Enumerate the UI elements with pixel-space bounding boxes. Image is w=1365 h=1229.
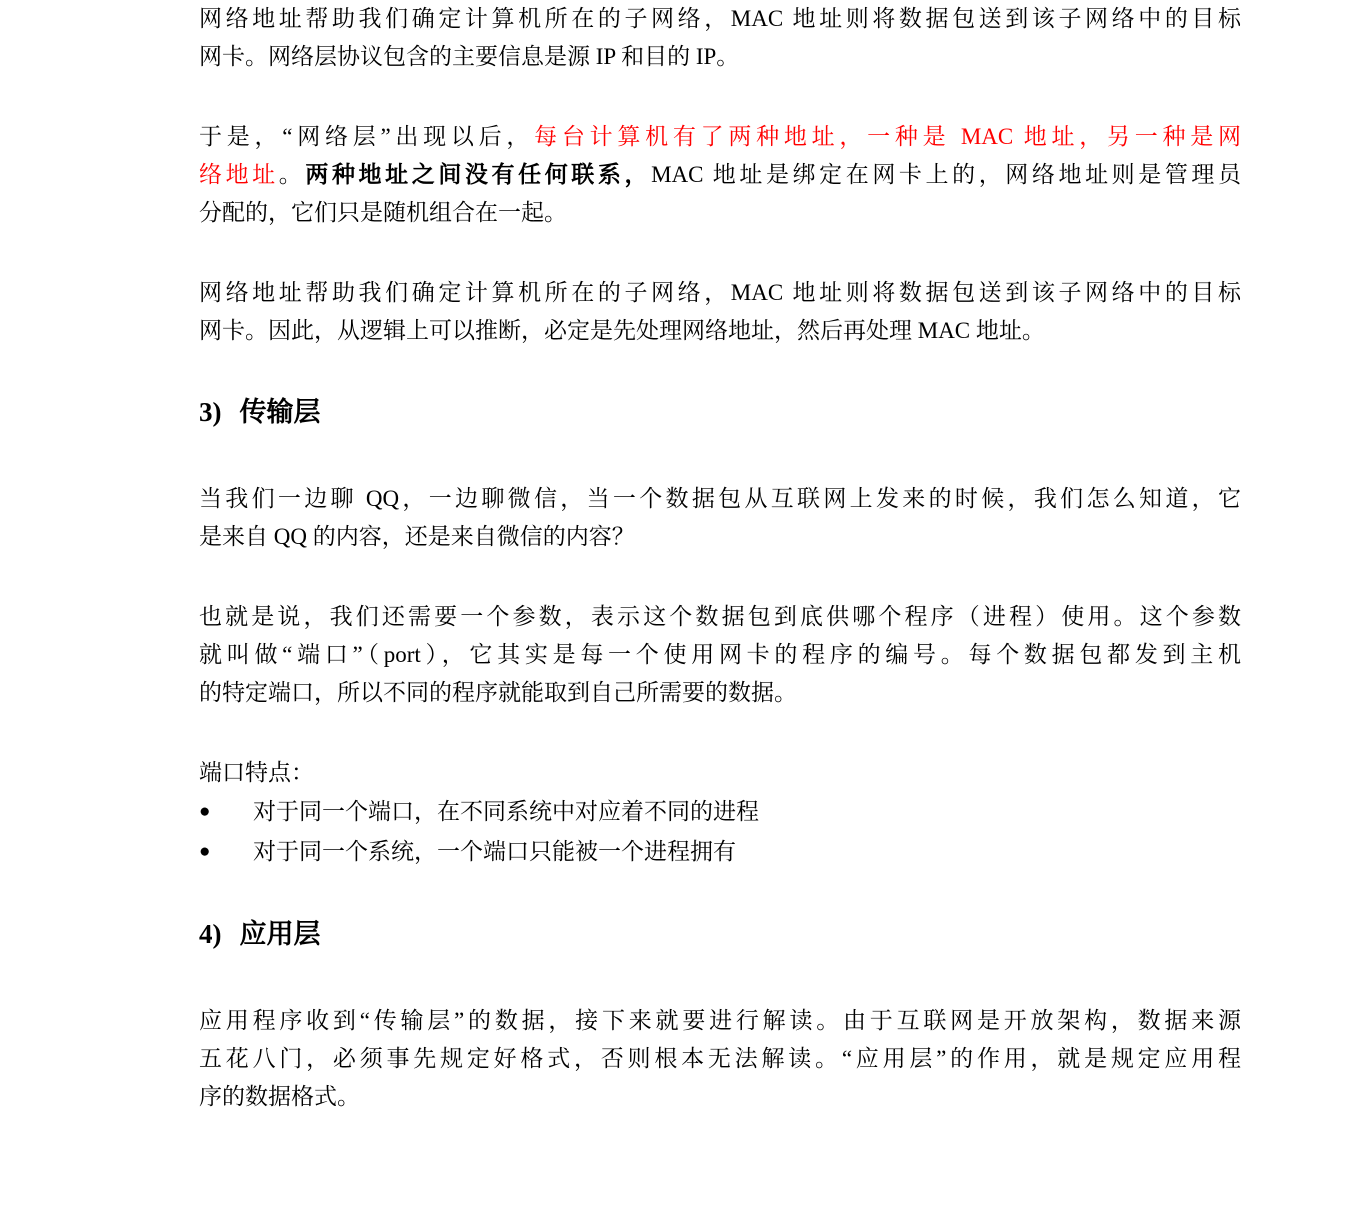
- text-line: 网络地址帮助我们确定计算机所在的子网络，MAC 地址则将数据包送到该子网络中的目…: [199, 0, 1241, 38]
- text-segment: 分配的，它们只是随机组合在一起。: [199, 200, 567, 225]
- paragraph-two-address-types: 于是，“网络层”出现以后，每台计算机有了两种地址，一种是 MAC 地址，另一种是…: [199, 118, 1241, 232]
- list-item-text: 对于同一个系统，一个端口只能被一个进程拥有: [253, 832, 1241, 872]
- heading-transport-layer: 3)传输层: [199, 392, 1241, 432]
- list-item: ● 对于同一个端口，在不同系统中对应着不同的进程: [199, 792, 1241, 832]
- bullet-icon: ●: [199, 792, 253, 832]
- document-content: 网络地址帮助我们确定计算机所在的子网络，MAC 地址则将数据包送到该子网络中的目…: [199, 0, 1241, 1158]
- list-item: ● 对于同一个系统，一个端口只能被一个进程拥有: [199, 832, 1241, 872]
- text-line: 网卡。网络层协议包含的主要信息是源 IP 和目的 IP。: [199, 38, 1241, 76]
- text-line: 也就是说，我们还需要一个参数，表示这个数据包到底供哪个程序（进程）使用。这个参数: [199, 598, 1241, 636]
- text-line: 络地址。两种地址之间没有任何联系，MAC 地址是绑定在网卡上的，网络地址则是管理…: [199, 156, 1241, 194]
- text-line: 网卡。因此，从逻辑上可以推断，必定是先处理网络地址，然后再处理 MAC 地址。: [199, 312, 1241, 350]
- text-line: 就叫做“端口”（port），它其实是每一个使用网卡的程序的编号。每个数据包都发到…: [199, 636, 1241, 674]
- text-line: 的特定端口，所以不同的程序就能取到自己所需要的数据。: [199, 674, 1241, 712]
- text-segment: MAC 地址是绑定在网卡上的，网络地址则是管理员: [651, 162, 1241, 187]
- text-line: 分配的，它们只是随机组合在一起。: [199, 194, 1241, 232]
- text-line: 是来自 QQ 的内容，还是来自微信的内容？: [199, 518, 1241, 556]
- text-line: 当我们一边聊 QQ，一边聊微信，当一个数据包从互联网上发来的时候，我们怎么知道，…: [199, 480, 1241, 518]
- paragraph-qq-wechat-question: 当我们一边聊 QQ，一边聊微信，当一个数据包从互联网上发来的时候，我们怎么知道，…: [199, 480, 1241, 556]
- heading-title: 传输层: [240, 397, 321, 427]
- heading-application-layer: 4)应用层: [199, 914, 1241, 954]
- paragraph-address-processing-order: 网络地址帮助我们确定计算机所在的子网络，MAC 地址则将数据包送到该子网络中的目…: [199, 274, 1241, 350]
- bullet-icon: ●: [199, 832, 253, 872]
- bold-emphasis-segment: 两种地址之间没有任何联系，: [305, 162, 651, 187]
- list-item-text: 对于同一个端口，在不同系统中对应着不同的进程: [253, 792, 1241, 832]
- text-line: 五花八门，必须事先规定好格式，否则根本无法解读。“应用层”的作用，就是规定应用程: [199, 1040, 1241, 1078]
- heading-number: 3): [199, 397, 222, 427]
- paragraph-port-definition: 也就是说，我们还需要一个参数，表示这个数据包到底供哪个程序（进程）使用。这个参数…: [199, 598, 1241, 712]
- port-features-list: ● 对于同一个端口，在不同系统中对应着不同的进程 ● 对于同一个系统，一个端口只…: [199, 792, 1241, 872]
- document-page: 网络地址帮助我们确定计算机所在的子网络，MAC 地址则将数据包送到该子网络中的目…: [0, 0, 1365, 1229]
- paragraph-network-address-role: 网络地址帮助我们确定计算机所在的子网络，MAC 地址则将数据包送到该子网络中的目…: [199, 0, 1241, 76]
- heading-title: 应用层: [240, 919, 321, 949]
- text-segment: 于是，“网络层”出现以后，: [199, 124, 534, 149]
- text-line: 于是，“网络层”出现以后，每台计算机有了两种地址，一种是 MAC 地址，另一种是…: [199, 118, 1241, 156]
- port-features-label: 端口特点：: [199, 754, 1241, 792]
- red-highlight-segment: 络地址: [199, 162, 279, 187]
- heading-number: 4): [199, 919, 222, 949]
- paragraph-application-layer-role: 应用程序收到“传输层”的数据，接下来就要进行解读。由于互联网是开放架构，数据来源…: [199, 1002, 1241, 1116]
- red-highlight-segment: 每台计算机有了两种地址，一种是 MAC 地址，另一种是网: [534, 124, 1241, 149]
- text-line: 序的数据格式。: [199, 1078, 1241, 1116]
- text-line: 网络地址帮助我们确定计算机所在的子网络，MAC 地址则将数据包送到该子网络中的目…: [199, 274, 1241, 312]
- text-segment: 。: [279, 162, 306, 187]
- text-line: 应用程序收到“传输层”的数据，接下来就要进行解读。由于互联网是开放架构，数据来源: [199, 1002, 1241, 1040]
